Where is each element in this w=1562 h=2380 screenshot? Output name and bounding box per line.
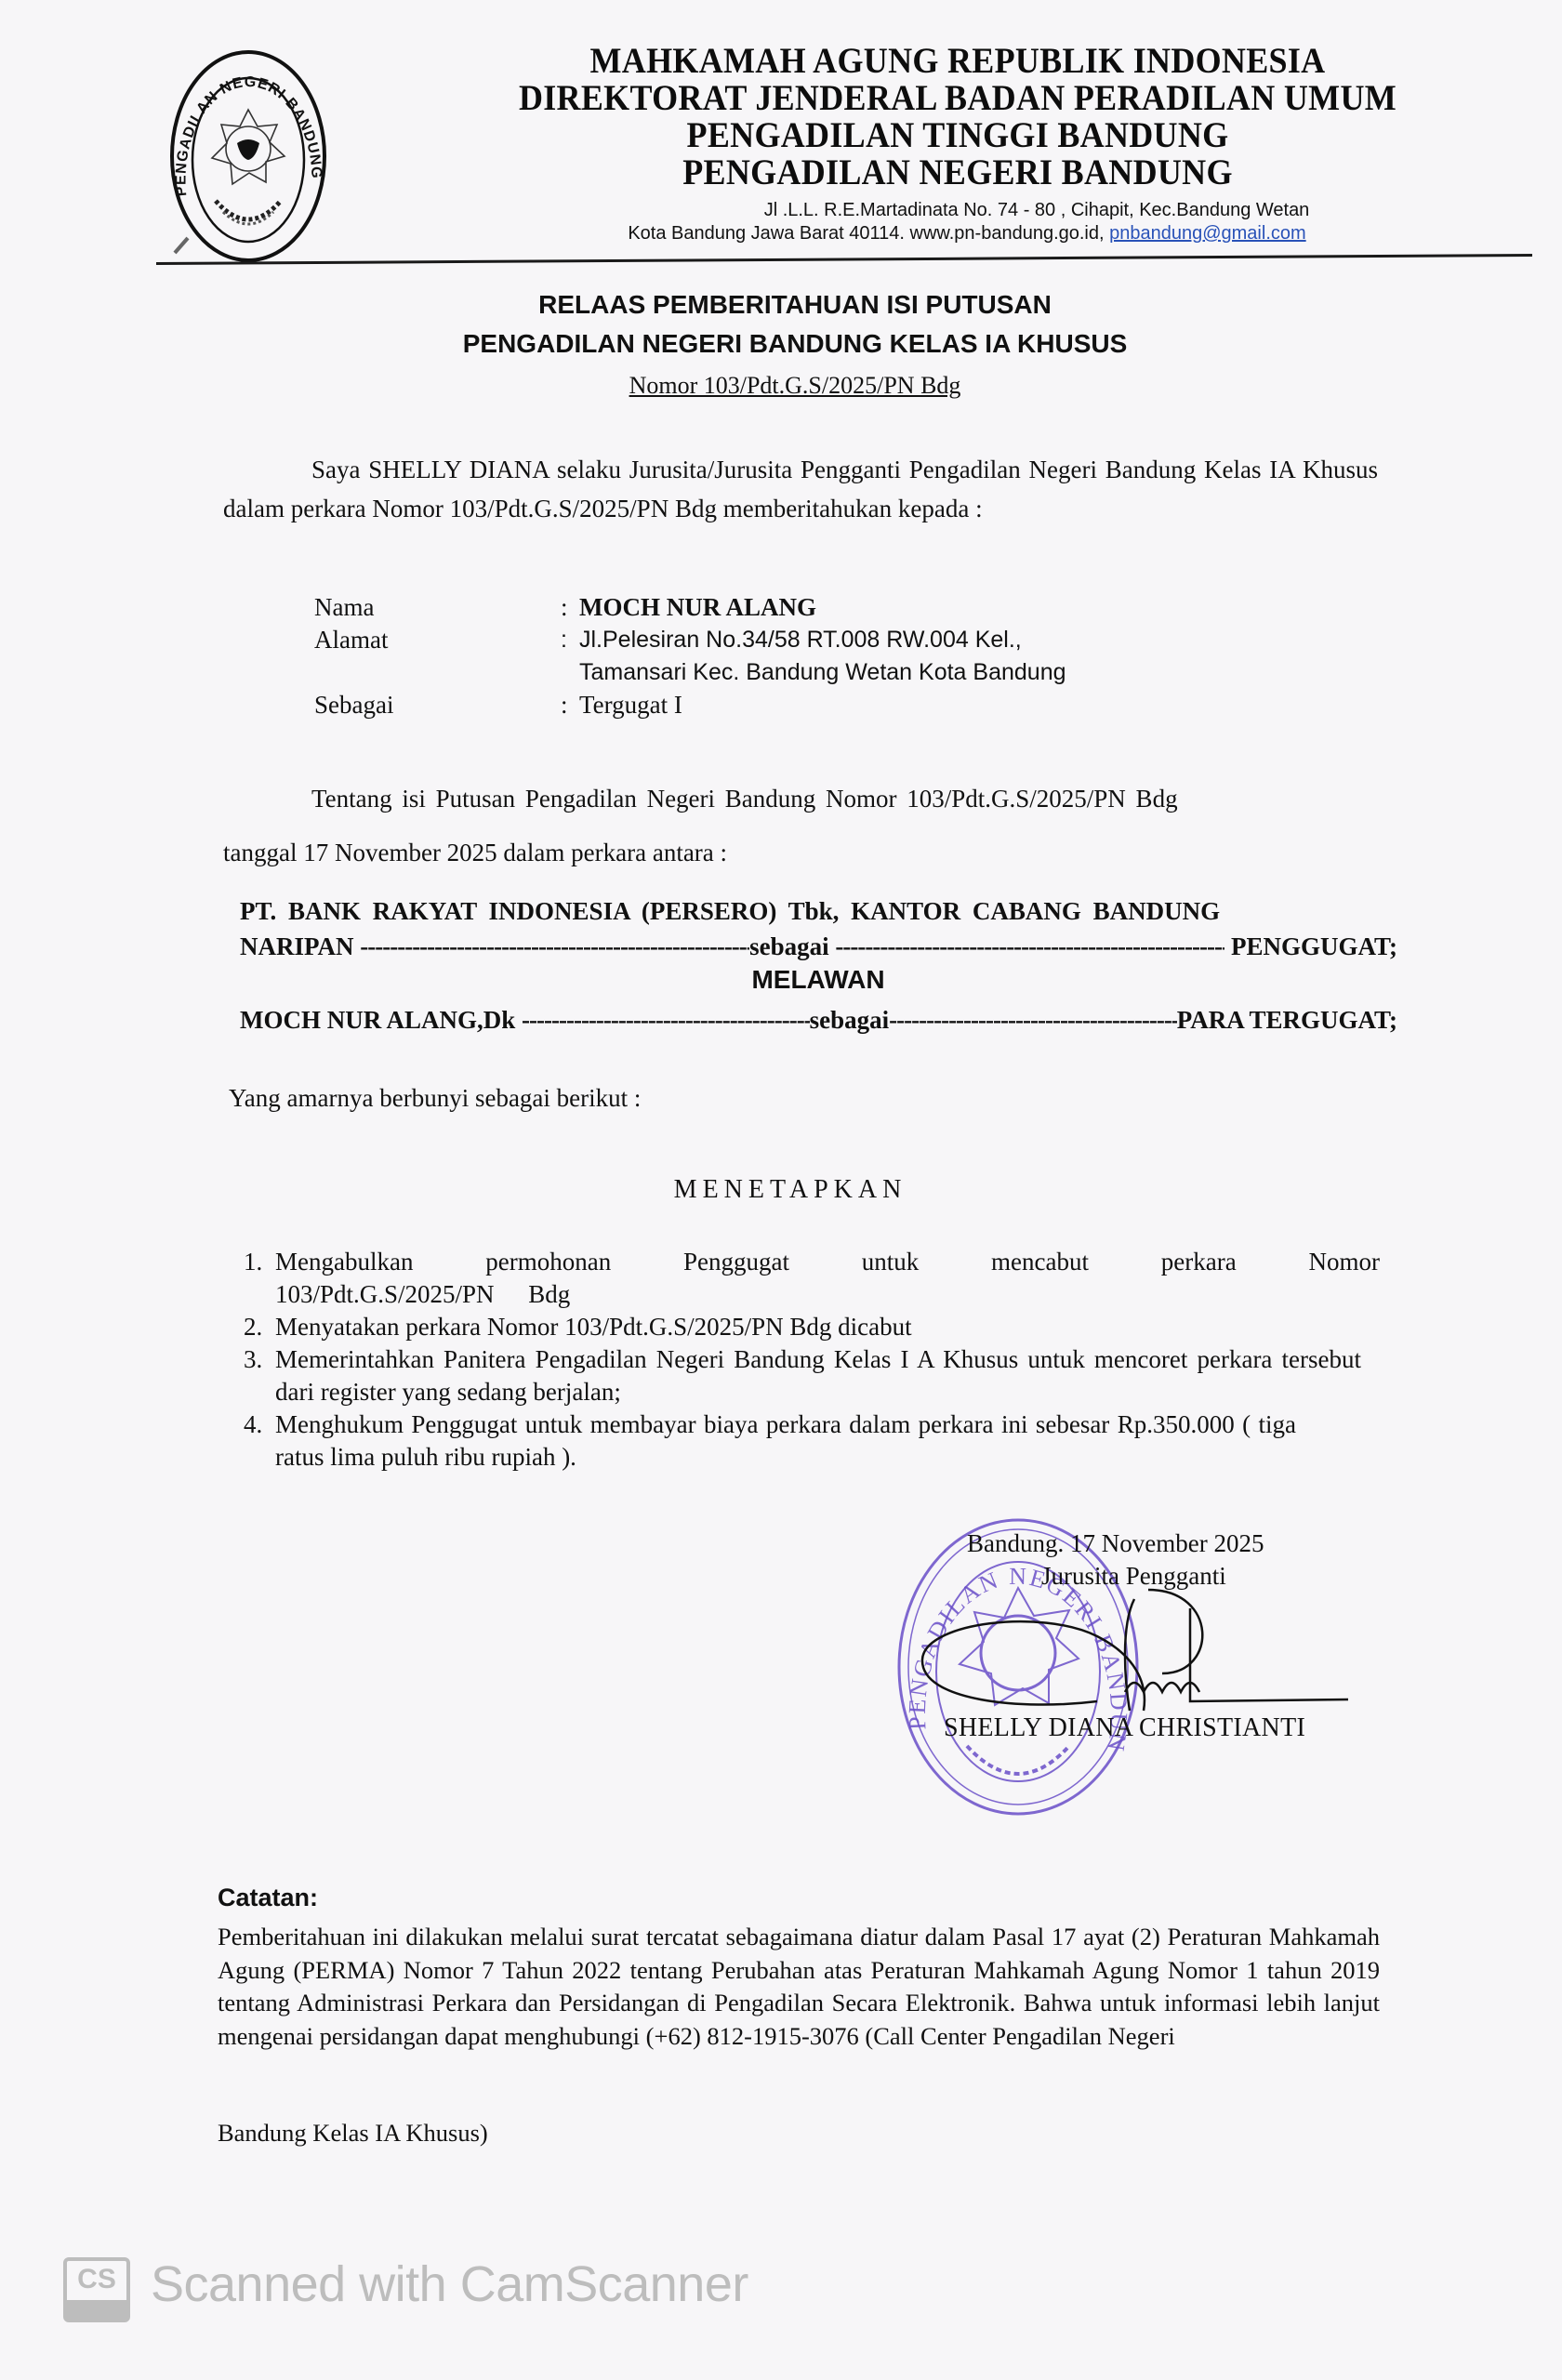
ruling-item-text: Menghukum Penggugat untuk membayar biaya… (275, 1408, 1380, 1474)
notes-last-line: Bandung Kelas IA Khusus) (218, 2119, 488, 2148)
letterhead-line-4: PENGADILAN NEGERI BANDUNG (437, 151, 1478, 192)
colon: : (561, 624, 579, 656)
recipient-name: MOCH NUR ALANG (579, 593, 816, 621)
document-subtitle: PENGADILAN NEGERI BANDUNG KELAS IA KHUSU… (0, 329, 1562, 359)
recipient-details: Nama : MOCH NUR ALANG Alamat : Jl.Pelesi… (314, 591, 1066, 721)
opening-paragraph: Saya SHELLY DIANA selaku Jurusita/Jurusi… (223, 450, 1378, 528)
notes-heading: Catatan: (218, 1884, 318, 1912)
signature-role: Jurusita Pengganti (1041, 1562, 1226, 1591)
recipient-row-address: Alamat : Jl.Pelesiran No.34/58 RT.008 RW… (314, 624, 1066, 656)
recipient-label: Alamat (314, 624, 561, 656)
amar-intro: Yang amarnya berbunyi sebagai berikut : (229, 1084, 641, 1113)
sebagai-label: sebagai (810, 1002, 890, 1038)
plaintiff-line: PT. BANK RAKYAT INDONESIA (PERSERO) Tbk,… (240, 893, 1397, 929)
letterhead-divider (156, 254, 1532, 265)
plaintiff-name-cont: NARIPAN (240, 929, 354, 964)
letterhead-line-3: PENGADILAN TINGGI BANDUNG (437, 113, 1478, 155)
camscanner-badge-text: CS (67, 2261, 126, 2298)
ruling-item-text: Mengabulkan permohonan Penggugat untuk m… (275, 1246, 1380, 1311)
defendant-role: PARA TERGUGAT; (1177, 1002, 1397, 1038)
parties-block: PT. BANK RAKYAT INDONESIA (PERSERO) Tbk,… (240, 893, 1397, 964)
defendant-line: MOCH NUR ALANG,Dk ----------------------… (240, 1002, 1397, 1038)
dash-leader: ----------------------------------------… (889, 1002, 1177, 1038)
notes-body: Pemberitahuan ini dilakukan melalui sura… (218, 1921, 1380, 2053)
recipient-row-address-cont: Tamansari Kec. Bandung Wetan Kota Bandun… (314, 656, 1066, 689)
ruling-item-number: 3. (244, 1343, 275, 1408)
sebagai-label: sebagai (749, 929, 829, 964)
dash-leader: ----------------------------------------… (360, 929, 749, 964)
colon: : (561, 591, 579, 624)
recipient-address-1: Jl.Pelesiran No.34/58 RT.008 RW.004 Kel.… (579, 624, 1022, 656)
dash-leader: ----------------------------------------… (522, 1002, 810, 1038)
letterhead-address-1: Jl .L.L. R.E.Martadinata No. 74 - 80 , C… (437, 200, 1478, 221)
plaintiff-name: PT. BANK RAKYAT INDONESIA (PERSERO) Tbk,… (240, 893, 1220, 929)
ruling-item: 3.Memerintahkan Panitera Pengadilan Nege… (244, 1343, 1380, 1408)
ruling-item-number: 1. (244, 1246, 275, 1311)
ruling-item-number: 2. (244, 1311, 275, 1343)
recipient-row-name: Nama : MOCH NUR ALANG (314, 591, 1066, 624)
letterhead-address-2: Kota Bandung Jawa Barat 40114. www.pn-ba… (437, 223, 1478, 245)
recipient-label (314, 656, 561, 689)
plaintiff-role: PENGGUGAT; (1231, 929, 1397, 964)
letterhead-address-text: Kota Bandung Jawa Barat 40114. www.pn-ba… (628, 223, 1104, 244)
ruling-item: 1.Mengabulkan permohonan Penggugat untuk… (244, 1246, 1380, 1311)
versus-label: MELAWAN (0, 965, 1562, 995)
recipient-label: Sebagai (314, 689, 561, 721)
ruling-list: 1.Mengabulkan permohonan Penggugat untuk… (244, 1246, 1380, 1474)
ruling-item: 2.Menyatakan perkara Nomor 103/Pdt.G.S/2… (244, 1311, 1380, 1343)
decision-intro-line-2: tanggal 17 November 2025 dalam perkara a… (223, 833, 1378, 872)
case-number-text: Nomor 103/Pdt.G.S/2025/PN Bdg (629, 372, 961, 399)
decision-intro-line-1: Tentang isi Putusan Pengadilan Negeri Ba… (223, 779, 1378, 818)
plaintiff-role-line: NARIPAN --------------------------------… (240, 929, 1397, 964)
camscanner-watermark: Scanned with CamScanner (151, 2255, 748, 2313)
handwritten-signature-icon (911, 1571, 1357, 1720)
recipient-label: Nama (314, 591, 561, 624)
recipient-role: Tergugat I (579, 689, 682, 721)
ruling-item-text: Memerintahkan Panitera Pengadilan Negeri… (275, 1343, 1380, 1408)
signature-place-date: Bandung. 17 November 2025 (967, 1529, 1264, 1558)
recipient-address-2: Tamansari Kec. Bandung Wetan Kota Bandun… (579, 656, 1066, 689)
ruling-item-number: 4. (244, 1408, 275, 1474)
recipient-row-role: Sebagai : Tergugat I (314, 689, 1066, 721)
dash-leader: ----------------------------------------… (835, 929, 1224, 964)
signature-name: SHELLY DIANA CHRISTIANTI (944, 1713, 1305, 1743)
ruling-item: 4.Menghukum Penggugat untuk membayar bia… (244, 1408, 1380, 1474)
letterhead-line-1: MAHKAMAH AGUNG REPUBLIK INDONESIA (437, 39, 1478, 81)
colon: : (561, 689, 579, 721)
recipient-value: MOCH NUR ALANG (579, 591, 816, 624)
court-stamp-icon: PENGADILAN NEGERI BANDUNG (893, 1514, 1144, 1820)
case-number: Nomor 103/Pdt.G.S/2025/PN Bdg (0, 372, 1562, 400)
camscanner-logo-icon: CS (63, 2257, 130, 2322)
email-link[interactable]: pnbandung@gmail.com (1109, 223, 1306, 244)
ruling-heading: MENETAPKAN (0, 1175, 1562, 1205)
letterhead-line-2: DIREKTORAT JENDERAL BADAN PERADILAN UMUM (437, 76, 1478, 118)
document-title: RELAAS PEMBERITAHUAN ISI PUTUSAN (0, 290, 1562, 320)
ruling-item-text: Menyatakan perkara Nomor 103/Pdt.G.S/202… (275, 1311, 1380, 1343)
defendant-name: MOCH NUR ALANG,Dk (240, 1002, 515, 1038)
court-logo-icon: PENGADILAN NEGERI BANDUNG (167, 46, 330, 265)
defendant-block: MOCH NUR ALANG,Dk ----------------------… (240, 1002, 1397, 1038)
